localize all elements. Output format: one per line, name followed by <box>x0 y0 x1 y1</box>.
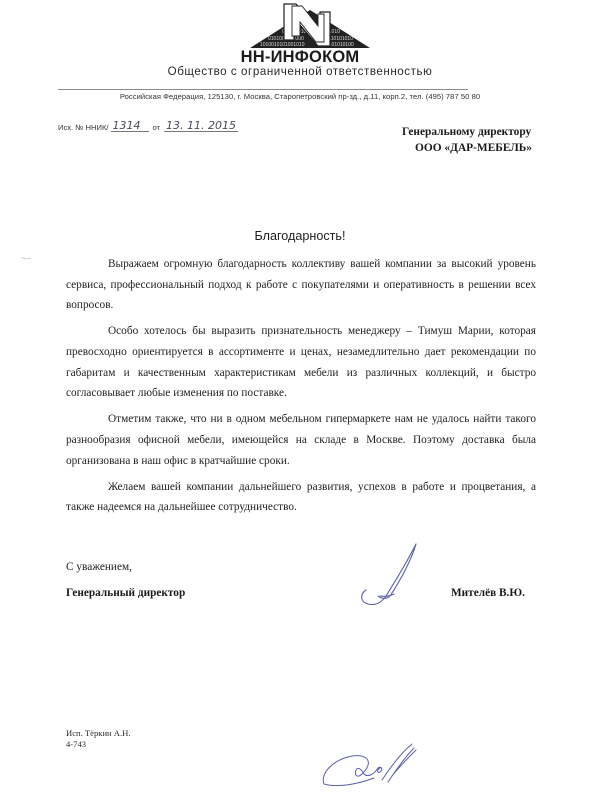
signer-name: Мителёв В.Ю. <box>451 587 525 599</box>
executor-signature-icon <box>318 740 438 795</box>
addressee-block: Генеральному директору ООО «ДАР-МЕБЕЛЬ» <box>400 124 550 156</box>
document-title: Благодарность! <box>0 229 600 243</box>
reference-number: 1314 <box>111 120 149 132</box>
reference-prefix: Исх. № ННИК/ <box>58 123 109 132</box>
paragraph: Выражаем огромную благодарность коллекти… <box>66 254 536 316</box>
director-signature-icon <box>350 540 430 612</box>
company-address: Российская Федерация, 125130, г. Москва,… <box>0 92 600 101</box>
letter-page: { "letterhead": { "logo_icon": "nn-infoc… <box>0 0 600 800</box>
addressee-company: ООО «ДАР-МЕБЕЛЬ» <box>415 140 550 156</box>
addressee-position: Генеральному директору <box>402 124 550 140</box>
reference-line: Исх. № ННИК/ 1314 от 13. 11. 2015 <box>58 120 240 132</box>
signer-position: Генеральный директор <box>66 587 185 599</box>
reference-date-label: от <box>153 123 161 132</box>
closing-salutation: С уважением, <box>66 561 132 573</box>
reference-date: 13. 11. 2015 <box>164 120 238 132</box>
executor-block: Исп. Тёркин А.Н. 4-743 <box>66 728 131 750</box>
paragraph: Желаем вашей компании дальнейшего развит… <box>66 477 536 518</box>
company-logo-icon: 0101 01011101010 01010 0101001101000 010… <box>248 2 372 50</box>
executor-phone: 4-743 <box>66 739 131 750</box>
punch-mark-artifact <box>20 256 32 260</box>
paragraph: Отметим также, что ни в одном мебельном … <box>66 409 536 471</box>
letter-body: Выражаем огромную благодарность коллекти… <box>66 254 536 524</box>
company-legal-form: Общество с ограниченной ответственностью <box>0 65 600 78</box>
executor-name: Исп. Тёркин А.Н. <box>66 728 131 739</box>
paragraph: Особо хотелось бы выразить признательнос… <box>66 321 536 403</box>
header-divider <box>58 89 468 90</box>
